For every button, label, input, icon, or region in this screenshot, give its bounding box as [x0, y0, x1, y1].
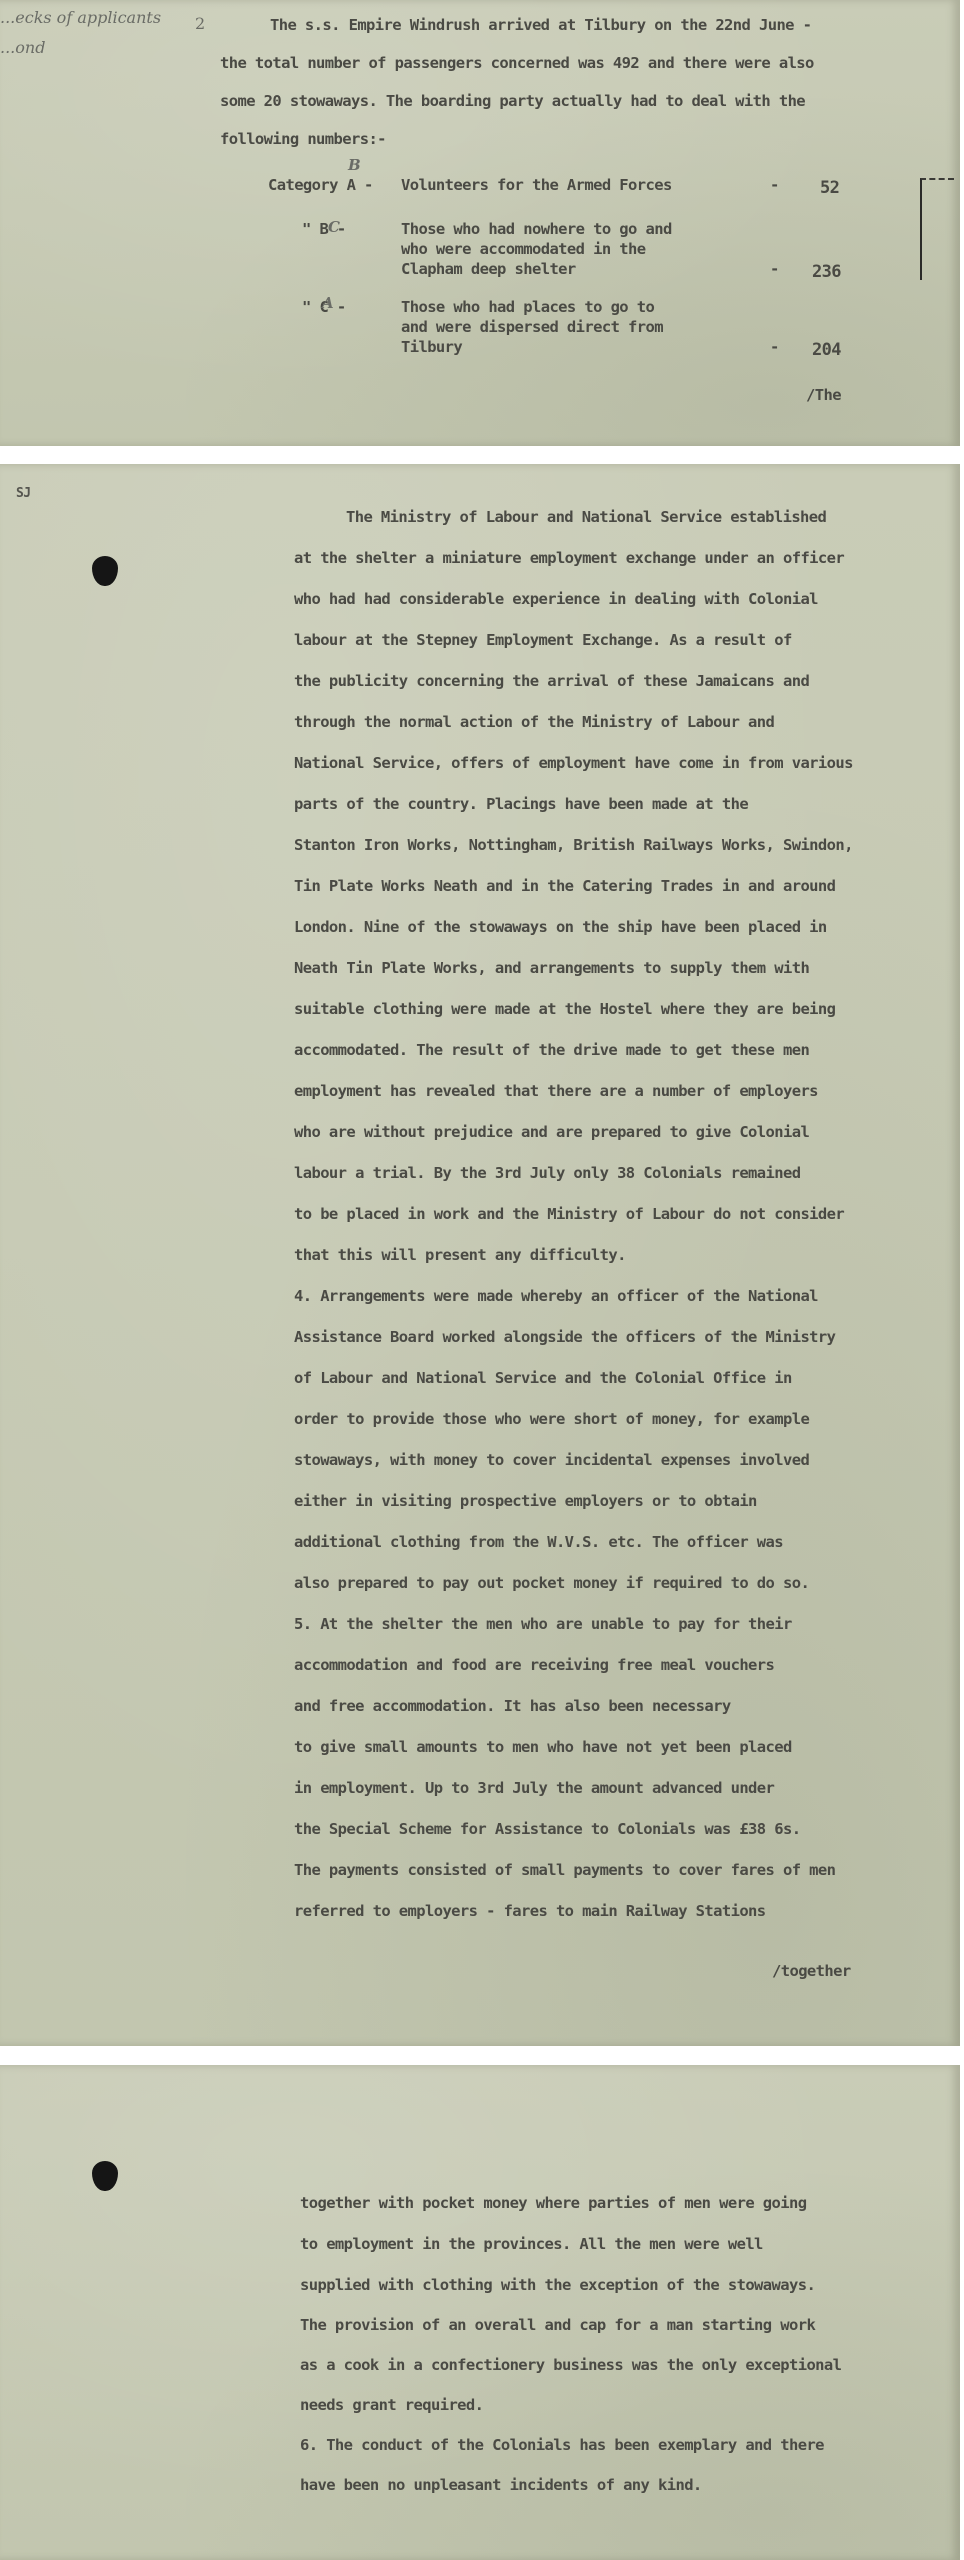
category-dash: -: [770, 176, 779, 194]
text-line: parts of the country. Placings have been…: [294, 795, 748, 813]
text-line: London. Nine of the stowaways on the shi…: [294, 918, 827, 936]
text-line: stowaways, with money to cover incidenta…: [294, 1451, 809, 1469]
category-annotation: C: [328, 218, 339, 236]
category-dash: -: [770, 260, 779, 278]
text-line: additional clothing from the W.V.S. etc.…: [294, 1533, 783, 1551]
punch-hole: [92, 2161, 118, 2191]
catchword: /together: [772, 1962, 851, 1980]
text-line: in employment. Up to 3rd July the amount…: [294, 1779, 774, 1797]
text-line: employment has revealed that there are a…: [294, 1082, 818, 1100]
text-line: accommodated. The result of the drive ma…: [294, 1041, 809, 1059]
text-line: of Labour and National Service and the C…: [294, 1369, 792, 1387]
text-line: as a cook in a confectionery business wa…: [300, 2356, 841, 2374]
punch-hole: [92, 556, 118, 586]
text-line: National Service, offers of employment h…: [294, 754, 853, 772]
text-line: Neath Tin Plate Works, and arrangements …: [294, 959, 809, 977]
text-line: that this will present any difficulty.: [294, 1246, 626, 1264]
text-line: The s.s. Empire Windrush arrived at Tilb…: [270, 16, 811, 34]
text-line: the total number of passengers concerned…: [220, 54, 814, 72]
text-line: order to provide those who were short of…: [294, 1410, 809, 1428]
category-count: 236: [812, 262, 841, 282]
text-line: accommodation and food are receiving fre…: [294, 1656, 774, 1674]
text-line: some 20 stowaways. The boarding party ac…: [220, 92, 805, 110]
category-description: and were dispersed direct from: [401, 318, 663, 336]
text-line: suitable clothing were made at the Hoste…: [294, 1000, 835, 1018]
category-description: who were accommodated in the: [401, 240, 646, 258]
text-line: to be placed in work and the Ministry of…: [294, 1205, 844, 1223]
document-page-3: together with pocket money where parties…: [0, 2065, 960, 2560]
text-line: who are without prejudice and are prepar…: [294, 1123, 809, 1141]
category-description: Volunteers for the Armed Forces: [401, 176, 672, 194]
text-line: Stanton Iron Works, Nottingham, British …: [294, 836, 853, 854]
text-line: through the normal action of the Ministr…: [294, 713, 774, 731]
margin-note-line-1: ...ecks of applicants: [0, 8, 161, 27]
text-line: to employment in the provinces. All the …: [300, 2235, 763, 2253]
text-line: labour at the Stepney Employment Exchang…: [294, 631, 792, 649]
text-line: referred to employers - fares to main Ra…: [294, 1902, 766, 1920]
text-line: Assistance Board worked alongside the of…: [294, 1328, 835, 1346]
text-line: needs grant required.: [300, 2396, 483, 2414]
category-description: Those who had nowhere to go and: [401, 220, 672, 238]
catchword: /The: [806, 386, 841, 404]
text-line: The payments consisted of small payments…: [294, 1861, 835, 1879]
text-line: at the shelter a miniature employment ex…: [294, 549, 844, 567]
text-line: following numbers:-: [220, 130, 386, 148]
category-annotation: B: [348, 156, 360, 174]
text-line: also prepared to pay out pocket money if…: [294, 1574, 809, 1592]
category-description: Tilbury: [401, 338, 462, 356]
document-page-2: SJ The Ministry of Labour and National S…: [0, 464, 960, 2046]
text-line: 4. Arrangements were made whereby an off…: [294, 1287, 818, 1305]
body-text: together with pocket money where parties…: [300, 2194, 950, 2534]
text-line: to give small amounts to men who have no…: [294, 1738, 792, 1756]
category-label: Category A -: [268, 176, 373, 194]
category-description: Those who had places to go to: [401, 298, 654, 316]
category-dash: -: [770, 338, 779, 356]
category-table: Category A - B Volunteers for the Armed …: [268, 176, 868, 406]
body-text: The Ministry of Labour and National Serv…: [294, 508, 944, 2008]
initials-mark: SJ: [16, 486, 30, 501]
intro-paragraph: The s.s. Empire Windrush arrived at Tilb…: [220, 16, 920, 156]
text-line: labour a trial. By the 3rd July only 38 …: [294, 1164, 800, 1182]
text-line: Tin Plate Works Neath and in the Caterin…: [294, 877, 835, 895]
text-line: have been no unpleasant incidents of any…: [300, 2476, 702, 2494]
text-line: and free accommodation. It has also been…: [294, 1697, 731, 1715]
text-line: the Special Scheme for Assistance to Col…: [294, 1820, 800, 1838]
text-line: together with pocket money where parties…: [300, 2194, 806, 2212]
paragraph-number: 2: [195, 14, 205, 33]
text-line: supplied with clothing with the exceptio…: [300, 2276, 815, 2294]
margin-note-line-2: ...ond: [0, 38, 45, 57]
text-line: The provision of an overall and cap for …: [300, 2316, 815, 2334]
text-line: The Ministry of Labour and National Serv…: [346, 508, 826, 526]
text-line: who had had considerable experience in d…: [294, 590, 818, 608]
text-line: 5. At the shelter the men who are unable…: [294, 1615, 792, 1633]
category-count: 204: [812, 340, 841, 360]
text-line: the publicity concerning the arrival of …: [294, 672, 809, 690]
category-count: 52: [820, 178, 839, 198]
document-page-1: ...ecks of applicants ...ond 2 The s.s. …: [0, 0, 960, 446]
category-description: Clapham deep shelter: [401, 260, 576, 278]
text-line: 6. The conduct of the Colonials has been…: [300, 2436, 824, 2454]
text-line: either in visiting prospective employers…: [294, 1492, 757, 1510]
category-annotation: A: [322, 294, 333, 312]
margin-bracket-mark: [920, 178, 954, 280]
